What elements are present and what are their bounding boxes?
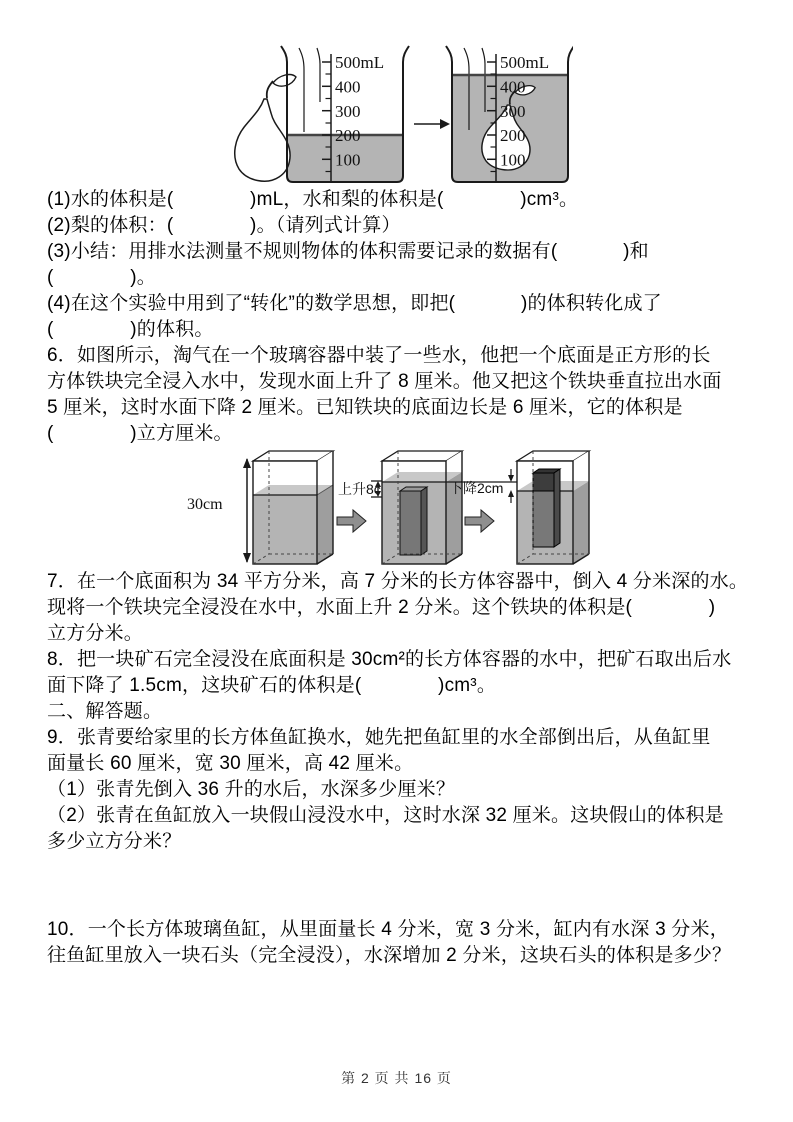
text-line: 8．把一块矿石完全浸没在底面积是 30cm²的长方体容器的水中，把矿石取出后水 (47, 647, 757, 673)
text-line: ( )。 (47, 265, 757, 291)
question-10: 10．一个长方体玻璃鱼缸，从里面量长 4 分米，宽 3 分米，缸内有水深 3 分… (47, 917, 757, 969)
question-8: 8．把一块矿石完全浸没在底面积是 30cm²的长方体容器的水中，把矿石取出后水 … (47, 647, 757, 699)
page-number: 第 2 页 共 16 页 (0, 1068, 793, 1088)
text-line: (3)小结：用排水法测量不规则物体的体积需要记录的数据有( )和 (47, 239, 757, 265)
text-line: 现将一个铁块完全浸没在水中，水面上升 2 分米。这个铁块的体积是( ) (47, 595, 757, 621)
beaker-left: 500mL 400 300 200 100 (235, 46, 409, 182)
scale-label-300: 300 (335, 102, 361, 121)
text-line: ( )立方厘米。 (47, 421, 757, 447)
text-line: (2)梨的体积：( )。（请列式计算） (47, 213, 757, 239)
text-line: 多少立方分米？ (47, 829, 757, 855)
scale-label-200: 200 (335, 126, 361, 145)
text-line: 往鱼缸里放入一块石头（完全浸没），水深增加 2 分米，这块石头的体积是多少？ (47, 943, 757, 969)
container-1 (253, 451, 333, 564)
container-3 (517, 451, 589, 564)
text-line: 面量长 60 厘米，宽 30 厘米，高 42 厘米。 (47, 751, 757, 777)
step-arrow-icon (465, 510, 494, 532)
scale-label-100: 100 (500, 151, 526, 170)
scale-label-500: 500mL (500, 53, 549, 72)
text-line: 6．如图所示，淘气在一个玻璃容器中装了一些水，他把一个底面是正方形的长 (47, 343, 757, 369)
height-dimension-arrow: 30cm (187, 458, 251, 563)
answer-space (47, 855, 757, 917)
text-line: 5 厘米，这时水面下降 2 厘米。已知铁块的底面边长是 6 厘米，它的体积是 (47, 395, 757, 421)
section-2-title: 二、解答题。 (47, 699, 757, 725)
text-line: 方体铁块完全浸入水中，发现水面上升了 8 厘米。他又把这个铁块垂直拉出水面 (47, 369, 757, 395)
arrow-right-icon (414, 119, 450, 129)
text-line: 立方分米。 (47, 621, 757, 647)
text-line: 10．一个长方体玻璃鱼缸，从里面量长 4 分米，宽 3 分米，缸内有水深 3 分… (47, 917, 757, 943)
beaker-displacement-figure: 500mL 400 300 200 100 (228, 42, 573, 187)
question-5-parts: (1)水的体积是( )mL，水和梨的体积是( )cm³。 (2)梨的体积：( )… (47, 187, 757, 343)
text-line: （2）张青在鱼缸放入一块假山浸没水中，这时水深 32 厘米。这块假山的体积是 (47, 803, 757, 829)
worksheet-content: 500mL 400 300 200 100 (47, 0, 757, 969)
drop-label: 下降2cm (449, 480, 503, 496)
scale-label-500: 500mL (335, 53, 384, 72)
scale-label-400: 400 (335, 78, 361, 97)
text-line: （1）张青先倒入 36 升的水后，水深多少厘米？ (47, 777, 757, 803)
iron-block-submerged (400, 487, 427, 555)
question-7: 7．在一个底面积为 34 平方分米，高 7 分米的长方体容器中，倒入 4 分米深… (47, 569, 757, 647)
beaker-right: 500mL 400 300 200 100 (446, 46, 573, 182)
text-line: (1)水的体积是( )mL，水和梨的体积是( )cm³。 (47, 187, 757, 213)
scale-label-100: 100 (335, 151, 361, 170)
text-line: 面下降了 1.5cm，这块矿石的体积是( )cm³。 (47, 673, 757, 699)
question-6: 6．如图所示，淘气在一个玻璃容器中装了一些水，他把一个底面是正方形的长 方体铁块… (47, 343, 757, 447)
container-2 (382, 451, 462, 564)
scale-label-200: 200 (500, 126, 526, 145)
text-line: ( )的体积。 (47, 317, 757, 343)
text-line: (4)在这个实验中用到了“转化”的数学思想，即把( )的体积转化成了 (47, 291, 757, 317)
step-arrow-icon (337, 510, 366, 532)
height-label: 30cm (187, 496, 223, 513)
scale-label-400: 400 (500, 78, 526, 97)
worksheet-page: 500mL 400 300 200 100 (0, 0, 793, 1122)
text-line: 7．在一个底面积为 34 平方分米，高 7 分米的长方体容器中，倒入 4 分米深… (47, 569, 757, 595)
scale-label-300: 300 (500, 102, 526, 121)
text-line: 9．张青要给家里的长方体鱼缸换水，她先把鱼缸里的水全部倒出后，从鱼缸里 (47, 725, 757, 751)
container-block-figure: 30cm 上升 (183, 447, 603, 569)
iron-block-raised (533, 469, 560, 547)
question-9: 9．张青要给家里的长方体鱼缸换水，她先把鱼缸里的水全部倒出后，从鱼缸里 面量长 … (47, 725, 757, 855)
